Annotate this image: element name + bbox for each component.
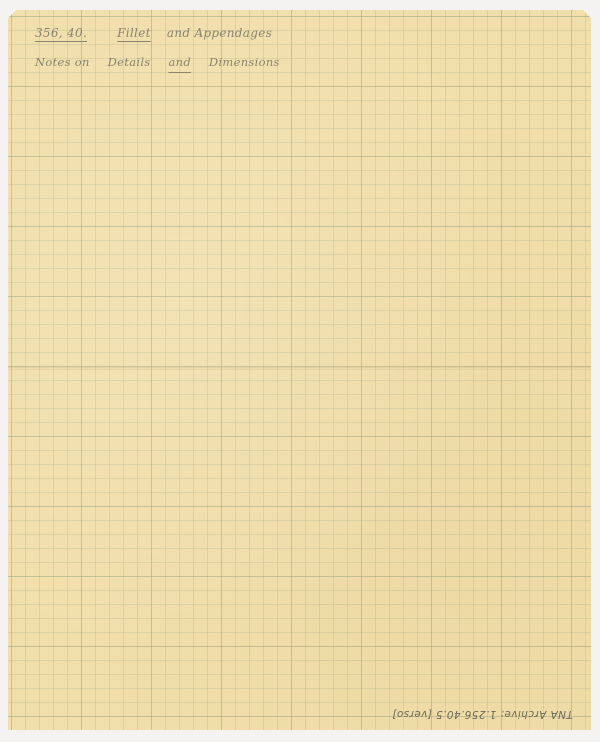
handwritten-subheading: Notes on Details and Dimensions	[35, 55, 280, 69]
subheading-part3: and	[168, 55, 191, 69]
subheading-part2: Details	[108, 55, 151, 69]
heading-title-rest: and Appendages	[167, 26, 272, 40]
graph-paper-sheet: 356, 40. Fillet and Appendages Notes on …	[8, 10, 591, 730]
reference-number: 356, 40.	[35, 26, 87, 40]
fold-crease	[8, 367, 591, 370]
heading-title-word: Fillet	[117, 26, 151, 40]
handwritten-heading: 356, 40. Fillet and Appendages	[35, 26, 272, 40]
subheading-part1: Notes on	[35, 55, 90, 69]
subheading-part4: Dimensions	[209, 55, 280, 69]
archive-reference-stamp: TNA Archive: 1.256.40.5 [verso]	[392, 708, 573, 720]
